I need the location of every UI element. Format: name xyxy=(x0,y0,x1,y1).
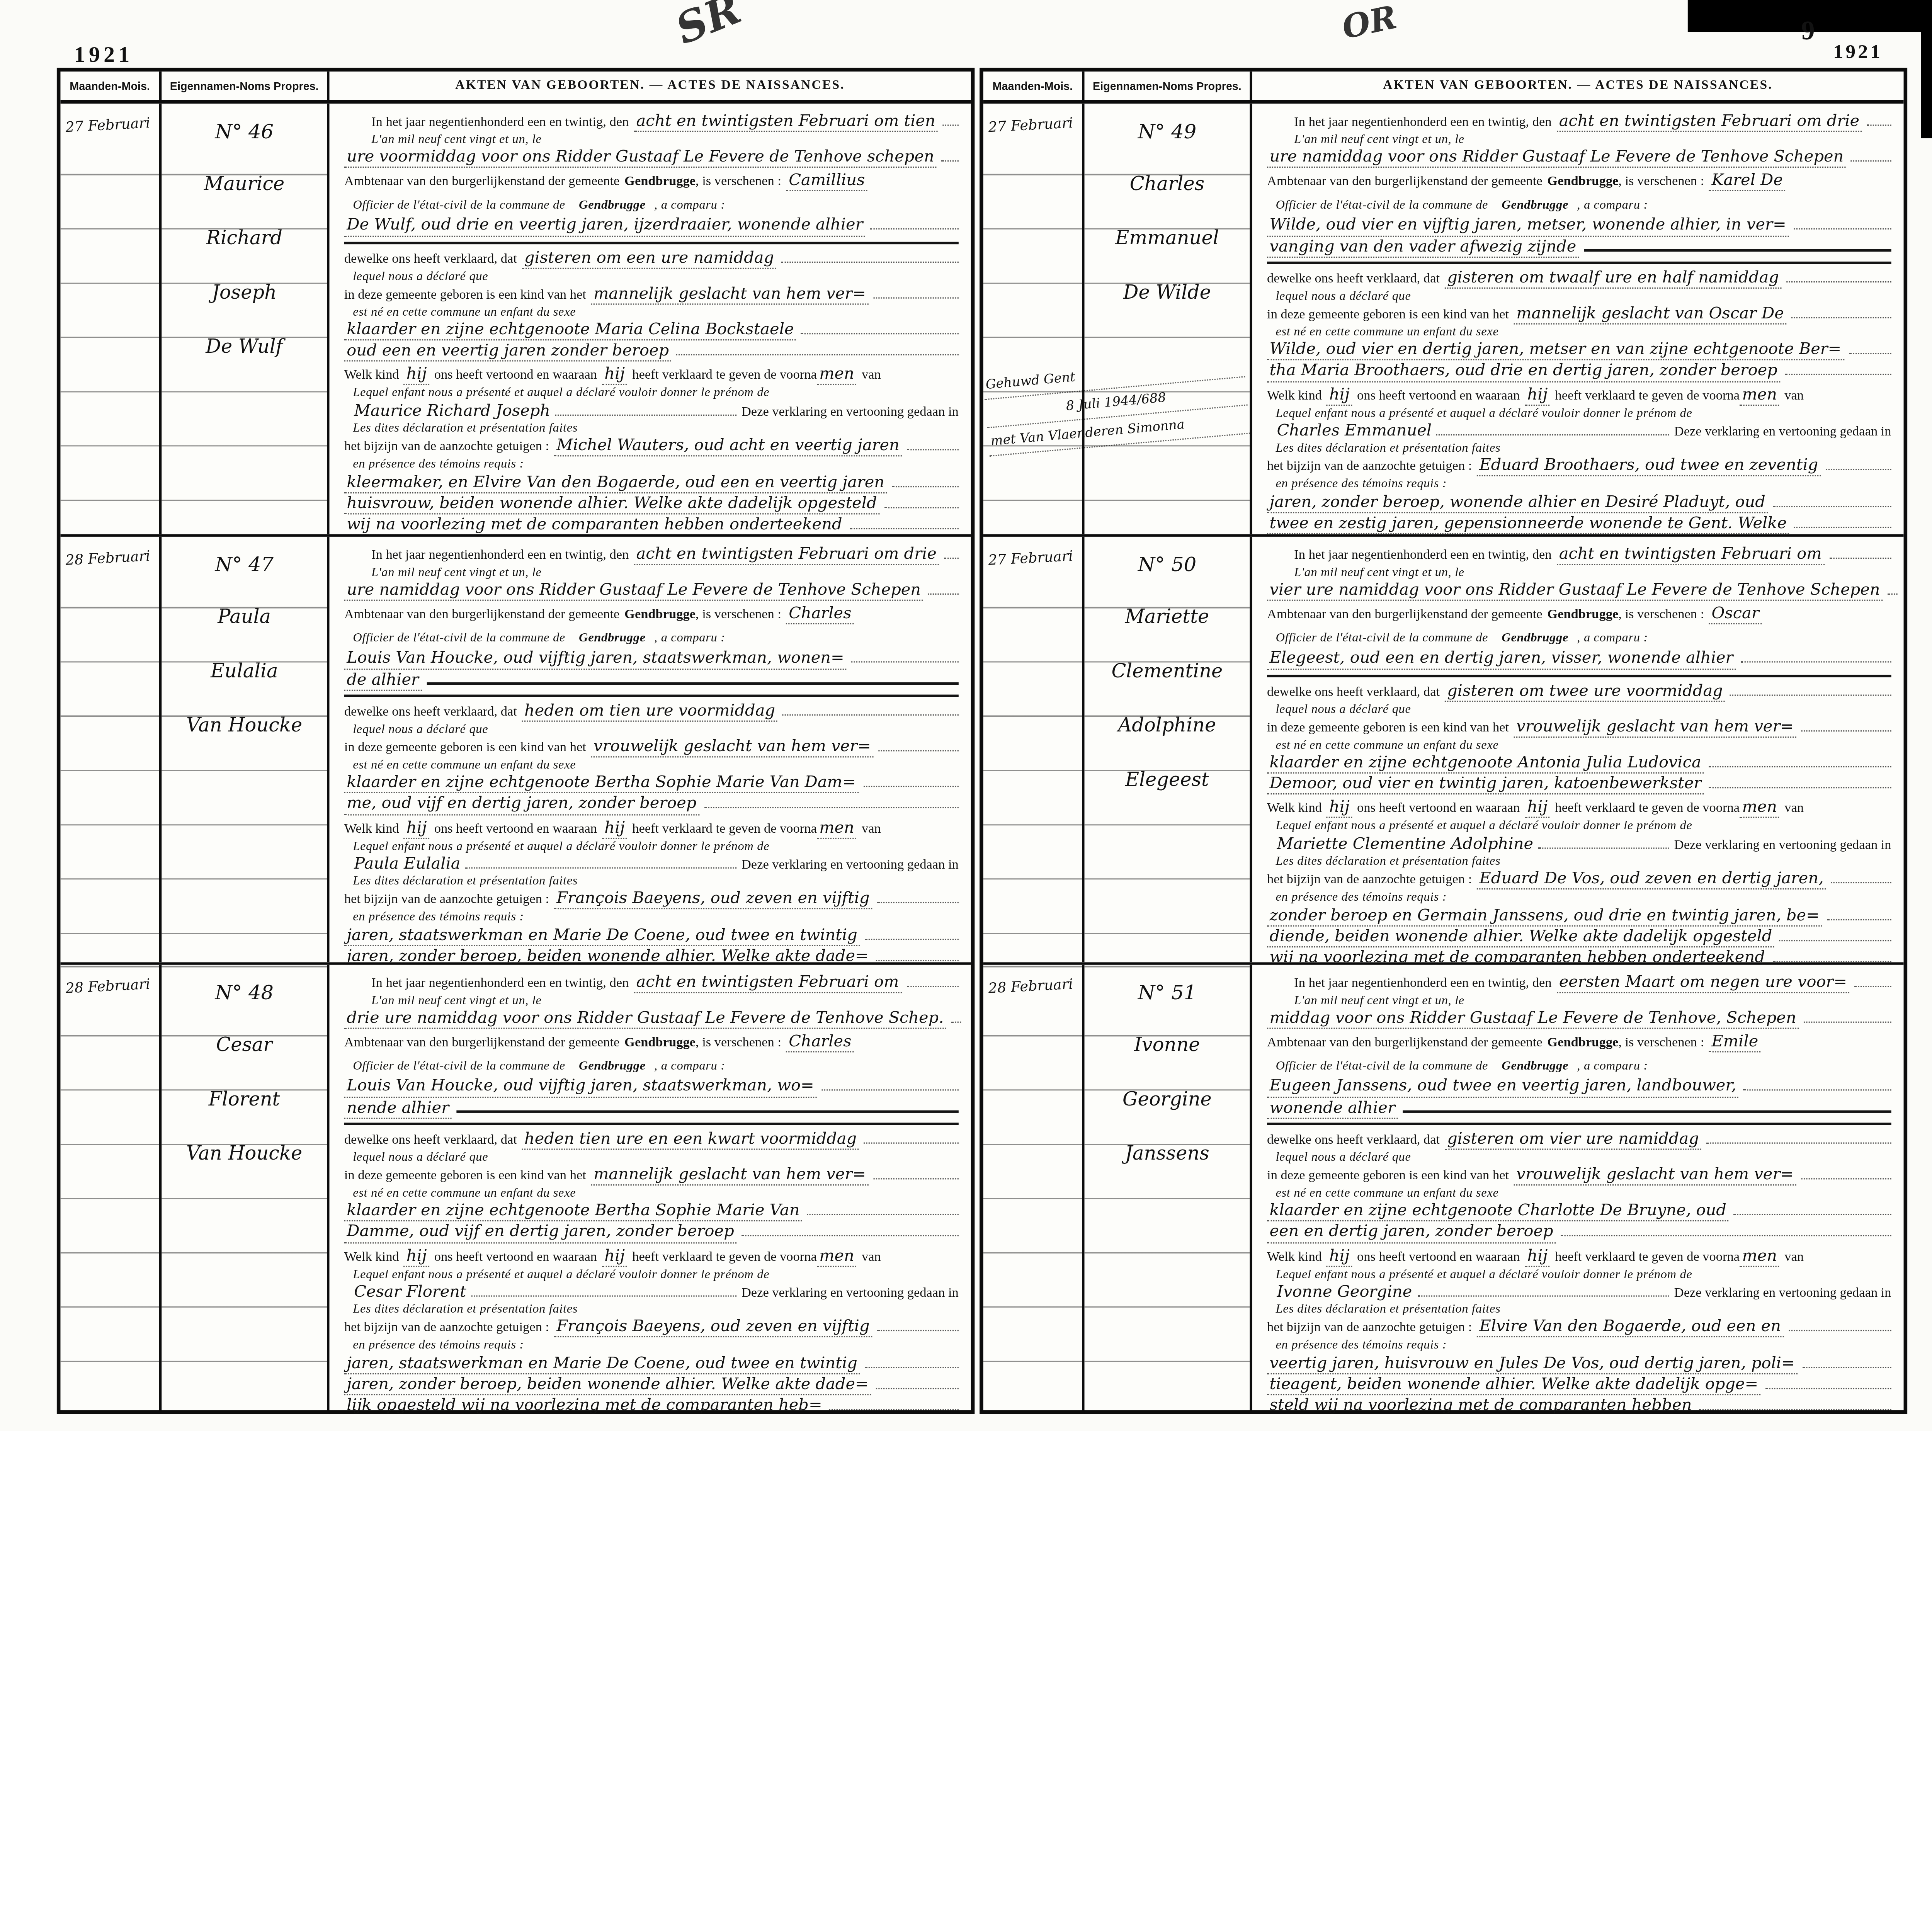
handwritten-child-name: Maurice Richard Joseph xyxy=(344,403,550,421)
month-cell: 28 Februari xyxy=(60,537,162,963)
child-name-line: Elegeest xyxy=(1085,756,1250,810)
handwritten-sex: mannelijk geslacht van Oscar De xyxy=(1514,306,1786,325)
witness-line: jaren, zonder beroep, beiden wonende alh… xyxy=(344,949,871,963)
handwritten-child-name: Cesar Florent xyxy=(344,1284,466,1302)
fill-line xyxy=(1583,238,1891,251)
handwritten-birth-time: heden om tien ure voormiddag xyxy=(522,702,778,721)
month-cell: 28 Februari xyxy=(983,965,1085,1414)
scribble-mark-left: SR xyxy=(669,0,748,55)
handwritten-sex: vrouwelijk geslacht van hem ver= xyxy=(1514,719,1796,738)
handwritten-mother-cont: me, oud vijf en dertig jaren, zonder ber… xyxy=(344,796,699,815)
witness-lines: jaren, staatswerkman en Marie De Coene, … xyxy=(344,1354,959,1414)
witness-lines: jaren, zonder beroep, wonende alhier en … xyxy=(1267,493,1891,534)
fill-line xyxy=(1851,149,1891,162)
printed-line-fr: est né en cette commune un enfant du sex… xyxy=(344,306,959,320)
printed-line-fr: L'an mil neuf cent vingt et un, le xyxy=(1267,133,1891,147)
witness-line: jaren, zonder beroep, beiden wonende alh… xyxy=(344,1377,871,1395)
fill-line xyxy=(555,402,736,416)
child-name-line: Charles xyxy=(1085,160,1250,214)
fill-line xyxy=(1741,650,1891,663)
page-number: 9 xyxy=(1801,15,1815,47)
printed-line: In het jaar negentienhonderd een en twin… xyxy=(344,976,629,992)
printed-line-fr: lequel nous a déclaré que xyxy=(344,723,959,736)
printed-line-fr: Officier de l'état-civil de la commune d… xyxy=(344,632,565,646)
names-cell: N° 50 MarietteClementineAdolphineElegees… xyxy=(1085,537,1252,963)
handwritten-officer: drie ure namiddag voor ons Ridder Gustaa… xyxy=(344,1011,946,1029)
handwritten-mother-cont: een en dertig jaren, zonder beroep xyxy=(1267,1225,1556,1243)
names-cell: N° 47 PaulaEulaliaVan Houcke xyxy=(162,537,329,963)
record-date: 27 Februari xyxy=(988,114,1080,136)
fill-line xyxy=(1854,973,1891,987)
printed-line-fr: en présence des témoins requis : xyxy=(1267,478,1891,492)
fill-line xyxy=(1849,341,1891,355)
child-name-list: CharlesEmmanuelDe Wilde xyxy=(1085,160,1250,323)
printed-line-fr: L'an mil neuf cent vingt et un, le xyxy=(1267,995,1891,1009)
fill-line xyxy=(873,1166,959,1179)
fill-line xyxy=(907,437,959,451)
handwritten-pronoun: hij xyxy=(404,366,429,386)
header-months: Maanden-Mois. xyxy=(993,80,1073,92)
fill-line xyxy=(821,1078,959,1091)
fill-line xyxy=(1417,1283,1669,1296)
child-name-line: De Wilde xyxy=(1085,269,1250,323)
table-header: Maanden-Mois. Eigennamen-Noms Propres. A… xyxy=(60,71,971,104)
handwritten-pronoun: hij xyxy=(1525,799,1550,818)
handwritten-date: eersten Maart om negen ure voor= xyxy=(1556,975,1849,993)
witness-lines: jaren, staatswerkman en Marie De Coene, … xyxy=(344,926,959,962)
birth-record: 27 Februari N° 49 CharlesEmmanuelDe Wild… xyxy=(983,104,1904,534)
fill-line xyxy=(1709,754,1891,768)
child-name-line: Emmanuel xyxy=(1085,215,1250,269)
commune-name: Gendbrugge xyxy=(624,1036,696,1050)
witness-line: lijk opgesteld wij na voorlezing met de … xyxy=(344,1398,825,1414)
handwritten-pronoun: hij xyxy=(1327,386,1352,405)
printed-line: dewelke ons heeft verklaard, dat xyxy=(344,704,517,720)
handwritten-suffix: men xyxy=(1740,386,1779,405)
register-page: Maanden-Mois. Eigennamen-Noms Propres. A… xyxy=(980,68,1907,1414)
act-text-cell: In het jaar negentienhonderd een en twin… xyxy=(329,104,971,534)
printed-line: In het jaar negentienhonderd een en twin… xyxy=(1267,115,1552,131)
fill-line xyxy=(1801,1166,1891,1179)
header-proper-names: Eigennamen-Noms Propres. xyxy=(1093,80,1242,92)
printed-line-fr: Officier de l'état-civil de la commune d… xyxy=(344,199,565,213)
handwritten-mother-cont: oud een en veertig jaren zonder beroep xyxy=(344,344,672,362)
handwritten-date: acht en twintigsten Februari om drie xyxy=(634,546,939,565)
fill-line xyxy=(782,701,959,715)
printed-line-fr: Lequel enfant nous a présenté et auquel … xyxy=(344,840,959,854)
printed-line: het bijzijn van de aanzochte getuigen : xyxy=(344,893,549,908)
handwritten-declarant: Eugeen Janssens, oud twee en veertig jar… xyxy=(1267,1079,1739,1097)
fill-line xyxy=(456,1099,959,1112)
handwritten-witness: François Baeyens, oud zeven en vijftig xyxy=(554,1319,872,1338)
printed-line-fr: en présence des témoins requis : xyxy=(1267,1339,1891,1353)
fill-line xyxy=(1773,493,1891,507)
printed-line: het bijzijn van de aanzochte getuigen : xyxy=(344,1321,549,1337)
fill-line xyxy=(807,1202,959,1216)
fill-line xyxy=(1734,1202,1891,1216)
fill-line xyxy=(426,670,959,684)
commune-name: Gendbrugge xyxy=(1547,607,1618,622)
handwritten-officer: ure voormiddag voor ons Ridder Gustaaf L… xyxy=(344,150,937,168)
fill-line xyxy=(876,947,959,961)
handwritten-mother: klaarder en zijne echtgenoote Charlotte … xyxy=(1267,1203,1729,1222)
handwritten-child-name: Paula Eulalia xyxy=(344,856,461,874)
fill-line xyxy=(951,1010,961,1023)
handwritten-declarant: De Wulf, oud drie en veertig jaren, ijze… xyxy=(344,218,866,236)
printed-line-fr: est né en cette commune un enfant du sex… xyxy=(344,1187,959,1201)
printed-line-fr: Officier de l'état-civil de la commune d… xyxy=(344,1060,565,1074)
printed-line-fr: est né en cette commune un enfant du sex… xyxy=(1267,1187,1891,1201)
handwritten-date: acht en twintigsten Februari om xyxy=(1556,546,1824,565)
month-cell: 28 Februari xyxy=(60,965,162,1414)
printed-line: In het jaar negentienhonderd een en twin… xyxy=(344,115,629,131)
handwritten-officer: ure namiddag voor ons Ridder Gustaaf Le … xyxy=(344,583,923,601)
commune-name: Gendbrugge xyxy=(1547,1036,1618,1050)
printed-line-fr: Les dites déclaration et présentation fa… xyxy=(1267,855,1891,869)
child-name-line: Georgine xyxy=(1085,1076,1250,1130)
witness-line: jaren, staatswerkman en Marie De Coene, … xyxy=(344,1355,860,1374)
printed-line: in deze gemeente geboren is een kind van… xyxy=(344,1168,586,1184)
printed-line-fr: Lequel enfant nous a présenté et auquel … xyxy=(1267,820,1891,834)
printed-line: In het jaar negentienhonderd een en twin… xyxy=(1267,976,1552,992)
printed-line: Welk kind xyxy=(1267,388,1322,403)
printed-line-fr: en présence des témoins requis : xyxy=(344,458,959,472)
fill-line xyxy=(1867,112,1891,126)
witness-line: zonder beroep en Germain Janssens, oud d… xyxy=(1267,908,1822,926)
child-name-line: Maurice xyxy=(162,160,327,214)
record-list: 27 Februari N° 46 MauriceRichardJosephDe… xyxy=(60,104,971,1414)
fill-line xyxy=(878,738,959,751)
commune-name: Gendbrugge xyxy=(570,199,646,213)
birth-record: 27 Februari N° 50 MarietteClementineAdol… xyxy=(983,534,1904,963)
fill-line xyxy=(1538,835,1669,849)
handwritten-pronoun: hij xyxy=(602,366,628,386)
handwritten-pronoun: hij xyxy=(1525,1247,1550,1266)
fill-line xyxy=(877,890,959,903)
printed-line: in deze gemeente geboren is een kind van… xyxy=(344,287,586,303)
fill-line xyxy=(865,926,959,940)
fill-line xyxy=(906,973,959,987)
handwritten-officer: middag voor ons Ridder Gustaaf Le Fevere… xyxy=(1267,1011,1799,1029)
child-name-line: Mariette xyxy=(1085,594,1250,648)
witness-lines: veertig jaren, huisvrouw en Jules De Vos… xyxy=(1267,1354,1891,1414)
handwritten-witness: Elvire Van den Bogaerde, oud een en xyxy=(1477,1319,1783,1338)
birth-record: 28 Februari N° 47 PaulaEulaliaVan Houcke xyxy=(60,534,971,963)
fill-line xyxy=(1786,269,1891,282)
handwritten-pronoun: hij xyxy=(602,1247,628,1266)
handwritten-declarant: Louis Van Houcke, oud vijftig jaren, sta… xyxy=(344,1079,816,1097)
handwritten-declarant-firstname: Charles xyxy=(786,1033,854,1053)
birth-record: 28 Februari N° 51 IvonneGeorgineJanssens xyxy=(983,962,1904,1414)
year-left: 1921 xyxy=(74,42,133,68)
fill-line xyxy=(704,795,959,809)
child-name-list: PaulaEulaliaVan Houcke xyxy=(162,594,327,756)
witness-line: wij na voorlezing met de comparanten heb… xyxy=(344,517,845,534)
register-page: Maanden-Mois. Eigennamen-Noms Propres. A… xyxy=(57,68,975,1414)
handwritten-suffix: men xyxy=(817,819,857,838)
handwritten-pronoun: hij xyxy=(602,819,628,838)
commune-name: Gendbrugge xyxy=(570,1060,646,1074)
child-name-line: Eulalia xyxy=(162,648,327,702)
child-name-line: De Wulf xyxy=(162,323,327,378)
child-name-line: Van Houcke xyxy=(162,1130,327,1184)
printed-line-fr: lequel nous a déclaré que xyxy=(1267,289,1891,303)
fill-line xyxy=(465,855,736,868)
fill-line xyxy=(1437,422,1669,435)
header-months: Maanden-Mois. xyxy=(70,80,150,92)
handwritten-declarant-firstname: Charles xyxy=(786,605,854,625)
witness-line: steld wij na voorlezing met de comparant… xyxy=(1267,1398,1694,1414)
printed-line-fr: Lequel enfant nous a présenté et auquel … xyxy=(1267,1268,1891,1282)
fill-line xyxy=(850,515,959,529)
fill-line xyxy=(1780,928,1891,941)
handwritten-officer: vier ure namiddag voor ons Ridder Gustaa… xyxy=(1267,583,1883,601)
fill-line xyxy=(1794,216,1891,230)
witness-line: diende, beiden wonende alhier. Welke akt… xyxy=(1267,929,1775,947)
fill-line xyxy=(871,216,959,230)
handwritten-pronoun: hij xyxy=(1525,386,1550,405)
handwritten-declarant: Elegeest, oud een en dertig jaren, visse… xyxy=(1267,651,1736,669)
witness-line: kleermaker, en Elvire Van den Bogaerde, … xyxy=(344,475,887,493)
printed-line-fr: Lequel enfant nous a présenté et auquel … xyxy=(344,1268,959,1282)
handwritten-sex: mannelijk geslacht van hem ver= xyxy=(591,286,869,305)
record-list: 27 Februari N° 49 CharlesEmmanuelDe Wild… xyxy=(983,104,1904,1414)
handwritten-mother-cont: Demoor, oud vier en twintig jaren, katoe… xyxy=(1267,777,1704,795)
printed-line-fr: en présence des témoins requis : xyxy=(344,911,959,925)
fill-line xyxy=(1403,1099,1891,1112)
record-number: N° 47 xyxy=(162,539,327,593)
printed-line-fr: lequel nous a déclaré que xyxy=(1267,702,1891,716)
fill-line xyxy=(1831,870,1891,884)
handwritten-declarant: Wilde, oud vier en vijftig jaren, metser… xyxy=(1267,218,1789,236)
act-text-cell: In het jaar negentienhonderd een en twin… xyxy=(329,537,971,963)
header-acts: AKTEN VAN GEBOORTEN. — ACTES DE NAISSANC… xyxy=(455,79,845,92)
child-name-list: CesarFlorentVan Houcke xyxy=(162,1022,327,1184)
month-cell: 27 Februari xyxy=(983,537,1085,963)
month-cell: 27 Februari xyxy=(60,104,162,534)
fill-line xyxy=(742,1223,959,1237)
handwritten-witness: Eduard De Vos, oud zeven en dertig jaren… xyxy=(1477,871,1826,890)
fill-line xyxy=(1825,457,1891,471)
handwritten-birth-time: gisteren om twaalf ure en half namiddag xyxy=(1445,270,1781,288)
section-rule xyxy=(344,694,959,696)
witness-line: veertig jaren, huisvrouw en Jules De Vos… xyxy=(1267,1355,1797,1374)
witness-lines: kleermaker, en Elvire Van den Bogaerde, … xyxy=(344,473,959,534)
handwritten-pronoun: hij xyxy=(404,1247,429,1266)
printed-line-fr: Officier de l'état-civil de la commune d… xyxy=(1267,199,1488,213)
fill-line xyxy=(830,1396,959,1410)
fill-line xyxy=(864,1129,959,1143)
fill-line xyxy=(876,1376,959,1389)
printed-line-fr: lequel nous a déclaré que xyxy=(1267,1151,1891,1165)
fill-line xyxy=(1791,305,1891,318)
fill-line xyxy=(852,650,959,663)
printed-line: dewelke ons heeft verklaard, dat xyxy=(1267,684,1440,700)
printed-line: Deze verklaring en vertooning gedaan in xyxy=(1674,1286,1891,1301)
handwritten-mother: Wilde, oud vier en dertig jaren, metser … xyxy=(1267,342,1844,361)
handwritten-sex: vrouwelijk geslacht van hem ver= xyxy=(1514,1167,1796,1185)
handwritten-pronoun: hij xyxy=(1327,799,1352,818)
witness-line: wij na voorlezing met de comparanten heb… xyxy=(1267,950,1767,962)
fill-line xyxy=(801,321,959,335)
child-name-line: Florent xyxy=(162,1076,327,1130)
printed-line: Ambtenaar van den burgerlijkenstand der … xyxy=(1267,1036,1543,1050)
fill-line xyxy=(1802,1354,1891,1368)
scan-edge-right xyxy=(1921,0,1932,138)
handwritten-mother: klaarder en zijne echtgenoote Maria Celi… xyxy=(344,323,796,341)
fill-line xyxy=(877,1318,959,1332)
scribble-mark-right: OR xyxy=(1339,0,1400,47)
handwritten-declarant-cont: wonende alhier xyxy=(1267,1100,1398,1118)
child-name-line: Paula xyxy=(162,594,327,648)
handwritten-date: acht en twintigsten Februari om xyxy=(634,975,901,993)
fill-line xyxy=(1788,1318,1891,1332)
handwritten-officer: ure namiddag voor ons Ridder Gustaaf Le … xyxy=(1267,150,1846,168)
handwritten-suffix: men xyxy=(1740,799,1779,818)
fill-line xyxy=(873,285,959,298)
printed-line: het bijzijn van de aanzochte getuigen : xyxy=(344,440,549,456)
handwritten-declarant-cont: de alhier xyxy=(344,672,422,690)
commune-name: Gendbrugge xyxy=(1493,632,1568,646)
printed-line: in deze gemeente geboren is een kind van… xyxy=(344,740,586,756)
fill-line xyxy=(892,473,959,487)
fill-line xyxy=(1804,1010,1891,1023)
fill-line xyxy=(944,545,959,559)
fill-line xyxy=(884,495,959,508)
commune-name: Gendbrugge xyxy=(1547,175,1618,189)
handwritten-birth-time: gisteren om vier ure namiddag xyxy=(1445,1131,1701,1149)
witness-line: jaren, zonder beroep, wonende alhier en … xyxy=(1267,495,1768,513)
handwritten-witness: Michel Wauters, oud acht en veertig jare… xyxy=(554,439,902,457)
printed-line-fr: est né en cette commune un enfant du sex… xyxy=(344,759,959,773)
record-number: N° 48 xyxy=(162,967,327,1021)
witness-line: tieagent, beiden wonende alhier. Welke a… xyxy=(1267,1377,1761,1395)
names-cell: N° 46 MauriceRichardJosephDe Wulf xyxy=(162,104,329,534)
month-cell: 27 Februari xyxy=(983,104,1085,534)
printed-line: Welk kind xyxy=(344,821,399,836)
record-date: 27 Februari xyxy=(988,547,1080,569)
handwritten-sex: mannelijk geslacht van hem ver= xyxy=(591,1167,869,1185)
witness-lines: zonder beroep en Germain Janssens, oud d… xyxy=(1267,906,1891,962)
printed-line-fr: lequel nous a déclaré que xyxy=(344,1151,959,1165)
commune-name: Gendbrugge xyxy=(1493,1060,1568,1074)
handwritten-date: acht en twintigsten Februari om tien xyxy=(634,114,938,132)
printed-line-fr: Les dites déclaration et présentation fa… xyxy=(344,1303,959,1317)
handwritten-witness: François Baeyens, oud zeven en vijftig xyxy=(554,891,872,910)
printed-line: Deze verklaring en vertooning gedaan in xyxy=(1674,424,1891,440)
act-text-cell: In het jaar negentienhonderd een en twin… xyxy=(1252,104,1904,534)
fill-line xyxy=(1744,1078,1891,1091)
printed-line-fr: Officier de l'état-civil de la commune d… xyxy=(1267,1060,1488,1074)
fill-line xyxy=(1888,582,1898,595)
printed-line-fr: lequel nous a déclaré que xyxy=(344,270,959,284)
printed-line-fr: Les dites déclaration et présentation fa… xyxy=(1267,1303,1891,1317)
child-name-line: Van Houcke xyxy=(162,702,327,756)
printed-line-fr: Les dites déclaration et présentation fa… xyxy=(1267,442,1891,456)
act-text-cell: In het jaar negentienhonderd een en twin… xyxy=(329,965,971,1414)
printed-line: in deze gemeente geboren is een kind van… xyxy=(1267,721,1509,736)
fill-line xyxy=(471,1283,736,1296)
handwritten-declarant-firstname: Karel De xyxy=(1709,172,1785,192)
printed-line: het bijzijn van de aanzochte getuigen : xyxy=(1267,459,1472,475)
printed-line: Welk kind xyxy=(344,1249,399,1264)
child-name-line: Joseph xyxy=(162,269,327,323)
record-number: N° 46 xyxy=(162,106,327,160)
child-name-line: Adolphine xyxy=(1085,702,1250,756)
handwritten-declarant-cont: nende alhier xyxy=(344,1100,452,1118)
printed-line-fr: Lequel enfant nous a présenté et auquel … xyxy=(1267,406,1891,420)
printed-line: Ambtenaar van den burgerlijkenstand der … xyxy=(1267,607,1543,622)
fill-line xyxy=(1772,949,1891,962)
fill-line xyxy=(1827,906,1891,920)
fill-line xyxy=(1730,682,1891,695)
child-name-line: Richard xyxy=(162,215,327,269)
handwritten-mother-cont: Damme, oud vijf en dertig jaren, zonder … xyxy=(344,1225,736,1243)
handwritten-sex: vrouwelijk geslacht van hem ver= xyxy=(591,739,874,758)
section-rule xyxy=(1267,261,1891,263)
header-proper-names: Eigennamen-Noms Propres. xyxy=(170,80,319,92)
printed-line: het bijzijn van de aanzochte getuigen : xyxy=(1267,872,1472,888)
handwritten-suffix: men xyxy=(1740,1247,1779,1266)
printed-line-fr: Officier de l'état-civil de la commune d… xyxy=(1267,632,1488,646)
handwritten-birth-time: gisteren om een ure namiddag xyxy=(522,250,777,269)
handwritten-mother: klaarder en zijne echtgenoote Bertha Sop… xyxy=(344,1203,802,1222)
handwritten-birth-time: heden tien ure en een kwart voormiddag xyxy=(522,1131,859,1149)
commune-name: Gendbrugge xyxy=(1493,199,1568,213)
child-name-list: IvonneGeorgineJanssens xyxy=(1085,1022,1250,1184)
fill-line xyxy=(1765,1376,1891,1389)
witness-line: jaren, staatswerkman en Marie De Coene, … xyxy=(344,928,860,946)
handwritten-witness: Eduard Broothaers, oud twee en zeventig xyxy=(1477,458,1821,477)
handwritten-pronoun: hij xyxy=(1327,1247,1352,1266)
child-name-line: Janssens xyxy=(1085,1130,1250,1184)
section-rule xyxy=(1267,1122,1891,1124)
printed-line: Ambtenaar van den burgerlijkenstand der … xyxy=(344,1036,620,1050)
handwritten-declarant-firstname: Camillius xyxy=(786,172,867,192)
names-cell: N° 48 CesarFlorentVan Houcke xyxy=(162,965,329,1414)
handwritten-child-name: Ivonne Georgine xyxy=(1267,1284,1412,1302)
fill-line xyxy=(781,248,958,262)
fill-line xyxy=(943,112,959,126)
fill-line xyxy=(1794,514,1891,528)
record-date: 28 Februari xyxy=(65,975,157,997)
printed-line: Ambtenaar van den burgerlijkenstand der … xyxy=(344,607,620,622)
printed-line: In het jaar negentienhonderd een en twin… xyxy=(344,548,629,564)
record-number: N° 50 xyxy=(1085,539,1250,593)
fill-line xyxy=(1561,1223,1891,1237)
printed-line: dewelke ons heeft verklaard, dat xyxy=(1267,271,1440,287)
names-cell: N° 49 CharlesEmmanuelDe Wilde Gehuwd Gen… xyxy=(1085,104,1252,534)
printed-line-fr: en présence des témoins requis : xyxy=(1267,891,1891,905)
register-scan: 1921 SR OR 9 1921 Maanden-Mois. Eigennam… xyxy=(0,0,1932,1431)
act-text-cell: In het jaar negentienhonderd een en twin… xyxy=(1252,537,1904,963)
printed-line: dewelke ons heeft verklaard, dat xyxy=(344,1132,517,1148)
child-name-list: MauriceRichardJosephDe Wulf xyxy=(162,160,327,378)
printed-line: Deze verklaring en vertooning gedaan in xyxy=(742,1286,959,1301)
handwritten-pronoun: hij xyxy=(404,819,429,838)
commune-name: Gendbrugge xyxy=(624,175,696,189)
printed-line-fr: L'an mil neuf cent vingt et un, le xyxy=(344,566,959,580)
printed-line: dewelke ons heeft verklaard, dat xyxy=(344,251,517,267)
child-name-line: Clementine xyxy=(1085,648,1250,702)
printed-line-fr: L'an mil neuf cent vingt et un, le xyxy=(344,995,959,1009)
record-date: 28 Februari xyxy=(65,547,157,569)
witness-line: twee en zestig jaren, gepensionneerde wo… xyxy=(1267,515,1789,534)
record-number: N° 49 xyxy=(1085,106,1250,160)
printed-line-fr: est né en cette commune un enfant du sex… xyxy=(1267,326,1891,340)
birth-record: 27 Februari N° 46 MauriceRichardJosephDe… xyxy=(60,104,971,534)
record-number: N° 51 xyxy=(1085,967,1250,1021)
